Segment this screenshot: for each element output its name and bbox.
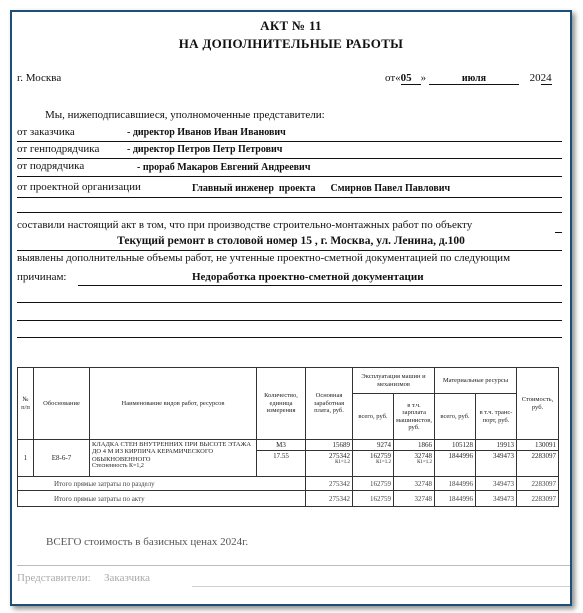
- document-page: АКТ № 11 НА ДОПОЛНИТЕЛЬНЫЕ РАБОТЫ г. Мос…: [10, 10, 572, 606]
- subtotal-section-salary: 275342: [306, 477, 353, 491]
- rep-general-contractor-label: от генподрядчика: [17, 143, 99, 155]
- rep-contractor-value: - прораб Макаров Евгений Андреевич: [137, 162, 310, 173]
- total-machines-total: 162759 К1=1.2: [353, 451, 394, 477]
- header-cost: Стоимость, руб.: [517, 368, 559, 440]
- rep-customer-value: - директор Иванов Иван Иванович: [127, 127, 286, 138]
- reasons-value: Недоработка проектно-сметной документаци…: [192, 271, 424, 283]
- blank-line-2: [17, 320, 562, 321]
- unit-machines-salary: 1866: [394, 440, 435, 451]
- header-materials-total: всего, руб.: [435, 394, 476, 440]
- date-year-prefix: 20: [530, 72, 541, 84]
- unit-salary: 15689: [306, 440, 353, 451]
- subtotal-act-transport: 349473: [476, 491, 517, 507]
- row-name: КЛАДКА СТЕН ВНУТРЕННИХ ПРИ ВЫСОТЕ ЭТАЖА …: [90, 440, 257, 477]
- subtotal-section-machines: 162759: [353, 477, 394, 491]
- table-row: 1 Е8-6-7 КЛАДКА СТЕН ВНУТРЕННИХ ПРИ ВЫСО…: [18, 440, 559, 451]
- subtotal-section-transport: 349473: [476, 477, 517, 491]
- date-prefix: от«: [385, 72, 401, 84]
- header-machines-salary: в т.ч. зарплата машинистов, руб.: [394, 394, 435, 440]
- row-unit: М3: [257, 440, 306, 451]
- act-date: от«05» июля 2024: [385, 72, 552, 85]
- rep-contractor-label: от подрядчика: [17, 160, 84, 172]
- header-qty: Количество, единица измерения: [257, 368, 306, 440]
- total-cost: 2283097: [517, 451, 559, 477]
- header-num: № п/п: [18, 368, 34, 440]
- rep-general-contractor-line: [17, 158, 562, 159]
- blank-line-1: [17, 302, 562, 303]
- act-title: АКТ № 11: [12, 18, 570, 34]
- row-basis: Е8-6-7: [34, 440, 90, 477]
- header-basis: Обоснование: [34, 368, 90, 440]
- rep-general-contractor-value: - директор Петров Петр Петрович: [127, 144, 282, 155]
- object-name: Текущий ремонт в столовой номер 15 , г. …: [12, 235, 570, 247]
- blank-line: [17, 212, 562, 213]
- object-line: [17, 250, 562, 251]
- act-subtitle: НА ДОПОЛНИТЕЛЬНЫЕ РАБОТЫ: [12, 36, 570, 52]
- header-machines: Эксплуатация машин и механизмов: [353, 368, 435, 394]
- subtotal-act-salary: 275342: [306, 491, 353, 507]
- row-name-text: КЛАДКА СТЕН ВНУТРЕННИХ ПРИ ВЫСОТЕ ЭТАЖА …: [92, 441, 254, 463]
- date-suffix: »: [421, 72, 427, 84]
- total-materials-total: 1844996: [435, 451, 476, 477]
- footer-divider: [17, 565, 572, 566]
- subtotal-act-label: Итого прямые затраты по акту: [18, 491, 306, 507]
- signature-line: [192, 586, 572, 587]
- found-text: выявлены дополнительные объемы работ, не…: [17, 252, 510, 264]
- coef-machines: К1=1.2: [355, 460, 391, 466]
- header-machines-total: всего, руб.: [353, 394, 394, 440]
- header-materials-transport: в т.ч. транс-порт, руб.: [476, 394, 517, 440]
- total-machines-total-value: 162759: [355, 452, 391, 460]
- total-materials-transport: 349473: [476, 451, 517, 477]
- rep-design-org-line: [17, 197, 562, 198]
- header-name: Наименование видов работ, ресурсов: [90, 368, 257, 440]
- blank-line-3: [17, 337, 562, 338]
- rep-customer-line: [17, 141, 562, 142]
- rep-contractor-line: [17, 176, 562, 177]
- date-year-suffix: 24: [541, 72, 552, 85]
- rep-design-org-label: от проектной организации: [17, 181, 141, 193]
- total-salary-value: 275342: [308, 452, 350, 460]
- compiled-text: составили настоящий акт в том, что при п…: [17, 219, 472, 231]
- subtotal-act-materials: 1844996: [435, 491, 476, 507]
- subtotal-act-row: Итого прямые затраты по акту 275342 1627…: [18, 491, 559, 507]
- signatures-role: Заказчика: [104, 572, 150, 584]
- unit-cost: 130091: [517, 440, 559, 451]
- total-cost-text: ВСЕГО стоимость в базисных ценах 2024г.: [46, 536, 248, 548]
- header-salary: Основная заработная плата, руб.: [306, 368, 353, 440]
- row-qty: 17.55: [257, 451, 306, 477]
- subtotal-act-machines-salary: 32748: [394, 491, 435, 507]
- estimate-table: № п/п Обоснование Наименование видов раб…: [17, 367, 559, 507]
- subtotal-act-machines: 162759: [353, 491, 394, 507]
- total-machines-salary-value: 32748: [396, 452, 432, 460]
- unit-materials-transport: 19913: [476, 440, 517, 451]
- subtotal-section-materials: 1844996: [435, 477, 476, 491]
- reasons-line: [78, 285, 562, 286]
- city: г. Москва: [17, 72, 61, 84]
- subtotal-section-label: Итого прямые затраты по разделу: [18, 477, 306, 491]
- signatures-label: Представители:: [17, 572, 91, 584]
- unit-materials-total: 105128: [435, 440, 476, 451]
- date-month: июля: [429, 73, 519, 85]
- compiled-dash: [555, 232, 562, 233]
- subtotal-section-row: Итого прямые затраты по разделу 275342 1…: [18, 477, 559, 491]
- subtotal-section-machines-salary: 32748: [394, 477, 435, 491]
- rep-design-org-value: Главный инженер проекта Смирнов Павел Па…: [192, 183, 450, 194]
- total-salary: 275342 К1=1.2: [306, 451, 353, 477]
- subtotal-act-cost: 2283097: [517, 491, 559, 507]
- header-materials: Материальные ресурсы: [435, 368, 517, 394]
- rep-customer-label: от заказчика: [17, 126, 75, 138]
- coef-machines-salary: К1=1.2: [396, 460, 432, 466]
- unit-machines-total: 9274: [353, 440, 394, 451]
- total-machines-salary: 32748 К1=1.2: [394, 451, 435, 477]
- coef-salary: К1=1.2: [308, 460, 350, 466]
- date-day: 05: [401, 72, 421, 85]
- reasons-label: причинам:: [17, 271, 66, 283]
- intro-text: Мы, нижеподписавшиеся, уполномоченные пр…: [45, 109, 325, 121]
- row-note: Стесненность К=1,2: [92, 463, 254, 470]
- row-num: 1: [18, 440, 34, 477]
- subtotal-section-cost: 2283097: [517, 477, 559, 491]
